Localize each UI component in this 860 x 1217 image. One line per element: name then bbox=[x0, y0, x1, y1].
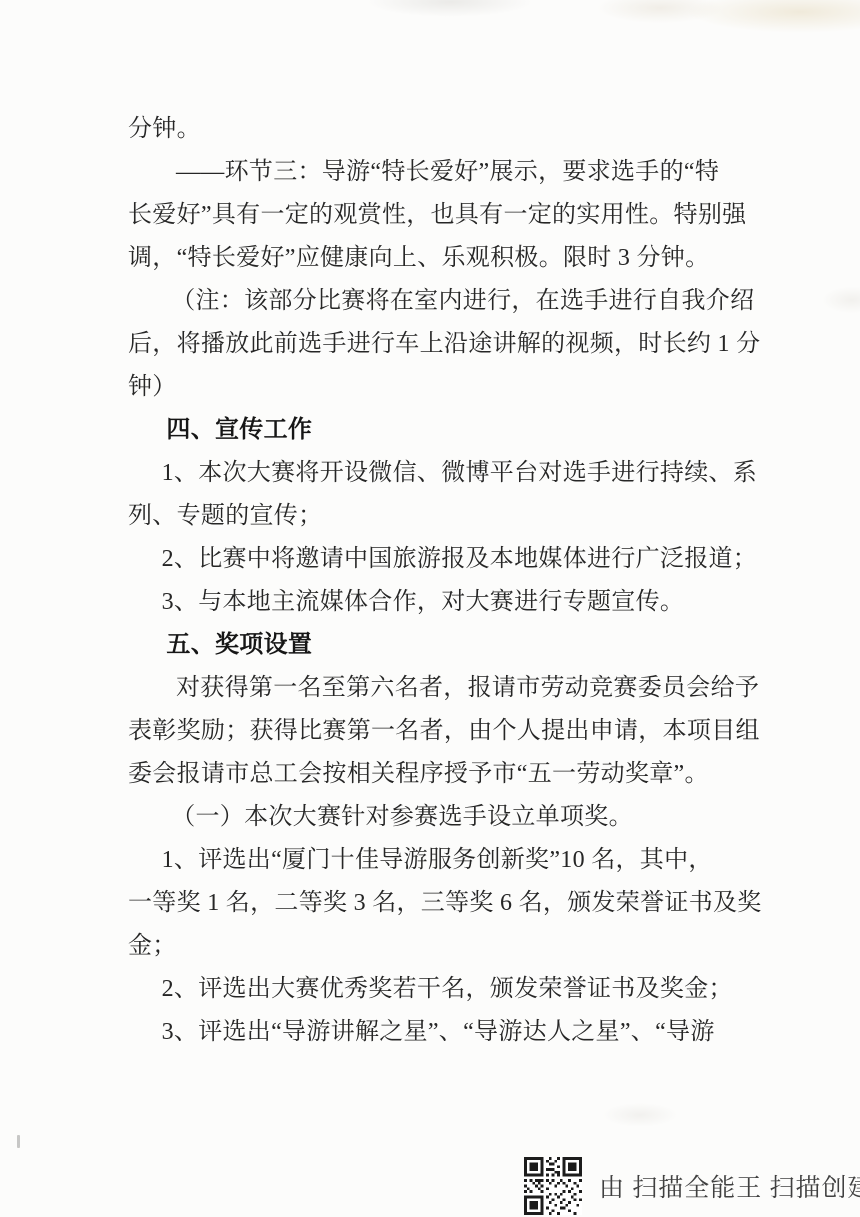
text-line: 调，“特长爱好”应健康向上、乐观积极。限时 3 分钟。 bbox=[128, 237, 768, 280]
document-lines: 分钟。——环节三：导游“特长爱好”展示，要求选手的“特长爱好”具有一定的观赏性，… bbox=[128, 108, 768, 1054]
scan-artifact bbox=[17, 1135, 20, 1148]
text-line: （注：该部分比赛将在室内进行，在选手进行自我介绍 bbox=[128, 280, 768, 323]
text-line: 委会报请市总工会按相关程序授予市“五一劳动奖章”。 bbox=[128, 753, 768, 796]
text-line: 2、比赛中将邀请中国旅游报及本地媒体进行广泛报道； bbox=[128, 538, 768, 581]
text-line: （一）本次大赛针对参赛选手设立单项奖。 bbox=[128, 796, 768, 839]
text-line: 表彰奖励；获得比赛第一名者，由个人提出申请，本项目组 bbox=[128, 710, 768, 753]
text-line: 金； bbox=[128, 925, 768, 968]
text-line: 四、宣传工作 bbox=[128, 409, 768, 452]
text-line: ——环节三：导游“特长爱好”展示，要求选手的“特 bbox=[128, 151, 768, 194]
text-line: 五、奖项设置 bbox=[128, 624, 768, 667]
scanner-caption: 由 扫描全能王 扫描创建 bbox=[599, 1168, 860, 1204]
text-line: 长爱好”具有一定的观赏性，也具有一定的实用性。特别强 bbox=[128, 194, 768, 237]
scanned-document-page: 分钟。——环节三：导游“特长爱好”展示，要求选手的“特长爱好”具有一定的观赏性，… bbox=[0, 0, 860, 1217]
text-line: 1、评选出“厦门十佳导游服务创新奖”10 名，其中， bbox=[128, 839, 768, 882]
text-line: 1、本次大赛将开设微信、微博平台对选手进行持续、系 bbox=[128, 452, 768, 495]
text-line: 分钟。 bbox=[128, 108, 768, 151]
text-line: 对获得第一名至第六名者，报请市劳动竞赛委员会给予 bbox=[128, 667, 768, 710]
text-line: 一等奖 1 名，二等奖 3 名，三等奖 6 名，颁发荣誉证书及奖 bbox=[128, 882, 768, 925]
text-line: 钟） bbox=[128, 366, 768, 409]
text-line: 3、评选出“导游讲解之星”、“导游达人之星”、“导游 bbox=[128, 1011, 768, 1054]
qr-code-icon bbox=[524, 1157, 582, 1215]
text-line: 2、评选出大赛优秀奖若干名，颁发荣誉证书及奖金； bbox=[128, 968, 768, 1011]
text-line: 3、与本地主流媒体合作，对大赛进行专题宣传。 bbox=[128, 581, 768, 624]
scanner-watermark: 由 扫描全能王 扫描创建 bbox=[524, 1157, 860, 1215]
text-line: 后，将播放此前选手进行车上沿途讲解的视频，时长约 1 分 bbox=[128, 323, 768, 366]
text-line: 列、专题的宣传； bbox=[128, 495, 768, 538]
